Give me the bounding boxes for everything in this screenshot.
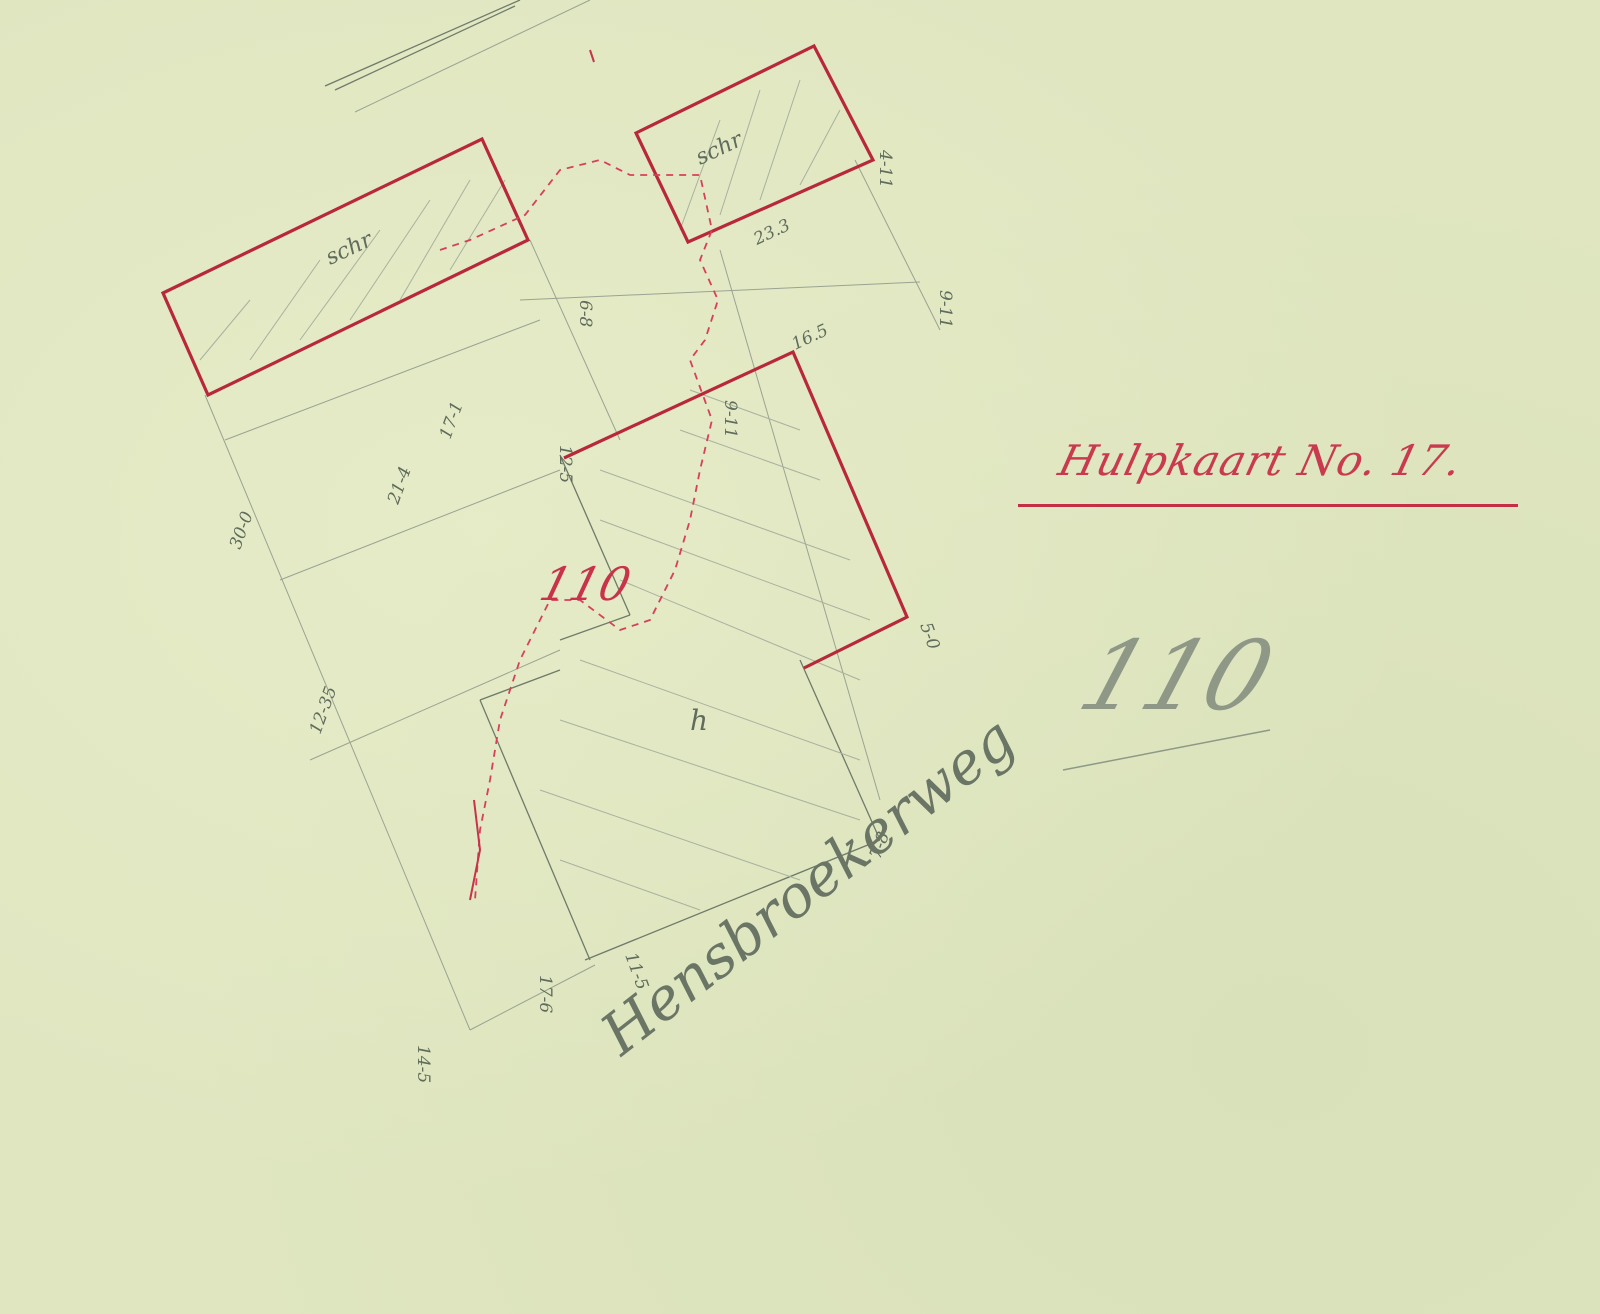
map-sheet: schr schr h 110 4-11 9-11 6-8 23.3 16.5 … [0, 0, 1600, 1314]
pencil-number-underline [0, 0, 1600, 1314]
